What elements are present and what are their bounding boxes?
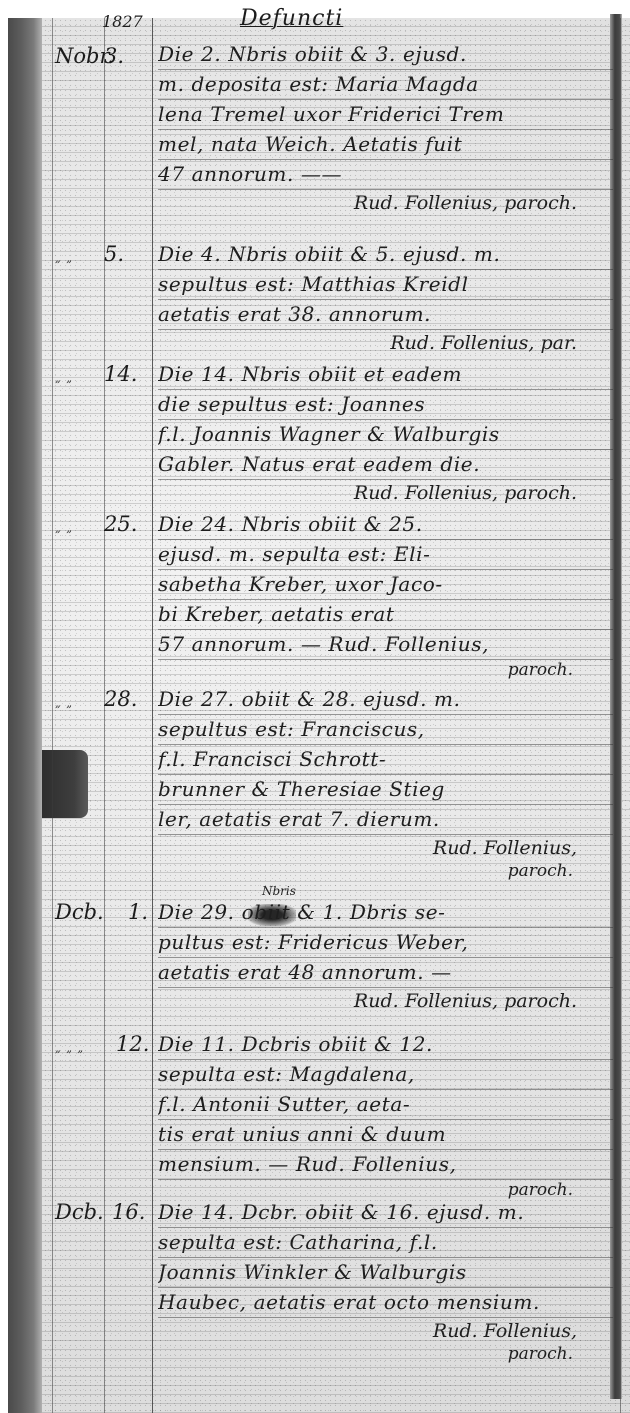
entry-line: 47 annorum. —— — [158, 160, 613, 190]
entry-line: tis erat unius anni & duum — [158, 1120, 613, 1150]
entry-line: sepulta est: Magdalena, — [158, 1060, 613, 1090]
entry-line: Die 4. Nbris obiit & 5. ejusd. m. — [158, 240, 613, 270]
entry-day: 25. — [104, 512, 137, 536]
entry-text: Die 27. obiit & 28. ejusd. m. sepultus e… — [158, 685, 613, 881]
entry-line: Die 24. Nbris obiit & 25. — [158, 510, 613, 540]
page-heading: Defuncti — [240, 6, 343, 31]
entry-line: Die 2. Nbris obiit & 3. ejusd. — [158, 40, 613, 70]
entry-line: Haubec, aetatis erat octo mensium. — [158, 1288, 613, 1318]
priest-signature: Rud. Follenius, paroch. — [158, 988, 613, 1014]
priest-signature: Rud. Follenius, paroch. — [158, 480, 613, 506]
priest-signature-title: paroch. — [158, 1344, 613, 1364]
entry-line: Joannis Winkler & Walburgis — [158, 1258, 613, 1288]
entry-line: sepultus est: Franciscus, — [158, 715, 613, 745]
entry-day: 28. — [104, 687, 137, 711]
entry-line: 57 annorum. — Rud. Follenius, — [158, 630, 613, 660]
entry-line: Gabler. Natus erat eadem die. — [158, 450, 613, 480]
entry-line: die sepultus est: Joannes — [158, 390, 613, 420]
entry-text: Die 11. Dcbris obiit & 12. sepulta est: … — [158, 1030, 613, 1200]
column-rule — [620, 18, 621, 1413]
entry-line: mel, nata Weich. Aetatis fuit — [158, 130, 613, 160]
entry-line: sepulta est: Catharina, f.l. — [158, 1228, 613, 1258]
entry-line: Die 27. obiit & 28. ejusd. m. — [158, 685, 613, 715]
priest-signature-title: paroch. — [158, 660, 613, 680]
column-rule — [52, 18, 53, 1413]
ditto-mark: „ „ „ — [55, 1042, 84, 1055]
entry-text: Die 14. Dcbr. obiit & 16. ejusd. m. sepu… — [158, 1198, 613, 1364]
entry-text: Die 24. Nbris obiit & 25. ejusd. m. sepu… — [158, 510, 613, 680]
priest-signature-title: paroch. — [158, 1180, 613, 1200]
entry-line: ler, aetatis erat 7. dierum. — [158, 805, 613, 835]
entry-day: 5. — [104, 242, 124, 266]
priest-signature-title: paroch. — [158, 861, 613, 881]
entry-line: aetatis erat 48 annorum. — — [158, 958, 613, 988]
entry-line: Die 11. Dcbris obiit & 12. — [158, 1030, 613, 1060]
entry-line: lena Tremel uxor Friderici Trem — [158, 100, 613, 130]
entry-line: bi Kreber, aetatis erat — [158, 600, 613, 630]
entry-line: m. deposita est: Maria Magda — [158, 70, 613, 100]
year-mark: 1827 — [102, 12, 143, 31]
entry-line: Die 29. obiit & 1. Dbris se- — [158, 898, 613, 928]
entry-line: ejusd. m. sepulta est: Eli- — [158, 540, 613, 570]
entry-line: Die 14. Nbris obiit et eadem — [158, 360, 613, 390]
entry-line: f.l. Joannis Wagner & Walburgis — [158, 420, 613, 450]
entry-line: sabetha Kreber, uxor Jaco- — [158, 570, 613, 600]
entry-line: pultus est: Fridericus Weber, — [158, 928, 613, 958]
priest-signature: Rud. Follenius, — [158, 1318, 613, 1344]
ditto-mark: „ „ — [55, 252, 73, 265]
entry-line: f.l. Antonii Sutter, aeta- — [158, 1090, 613, 1120]
entry-text: Die 14. Nbris obiit et eadem die sepultu… — [158, 360, 613, 506]
entry-day: 16. — [112, 1200, 145, 1224]
column-rule — [152, 18, 153, 1413]
entry-day: 3. — [104, 44, 124, 68]
entry-text: Die 4. Nbris obiit & 5. ejusd. m. sepult… — [158, 240, 613, 356]
priest-signature: Rud. Follenius, paroch. — [158, 190, 613, 216]
entry-day: 1. — [128, 900, 148, 924]
ditto-mark: „ „ — [55, 697, 73, 710]
priest-signature: Rud. Follenius, par. — [158, 330, 613, 356]
entry-text: Die 29. obiit & 1. Dbris se- pultus est:… — [158, 898, 613, 1014]
page-tab-marker — [42, 750, 88, 818]
entry-text: Die 2. Nbris obiit & 3. ejusd. m. deposi… — [158, 40, 613, 216]
priest-signature: Rud. Follenius, — [158, 835, 613, 861]
entry-line: Die 14. Dcbr. obiit & 16. ejusd. m. — [158, 1198, 613, 1228]
entry-line: mensium. — Rud. Follenius, — [158, 1150, 613, 1180]
entry-line: sepultus est: Matthias Kreidl — [158, 270, 613, 300]
entry-line: aetatis erat 38. annorum. — [158, 300, 613, 330]
book-binding-left — [8, 18, 42, 1413]
entry-day: 14. — [104, 362, 137, 386]
entry-day: 12. — [116, 1032, 149, 1056]
entry-month: Nobr. — [55, 44, 151, 68]
ditto-mark: „ „ — [55, 372, 73, 385]
interlinear-note: Nbris — [262, 884, 296, 898]
ditto-mark: „ „ — [55, 522, 73, 535]
entry-line: f.l. Francisci Schrott- — [158, 745, 613, 775]
entry-line: brunner & Theresiae Stieg — [158, 775, 613, 805]
